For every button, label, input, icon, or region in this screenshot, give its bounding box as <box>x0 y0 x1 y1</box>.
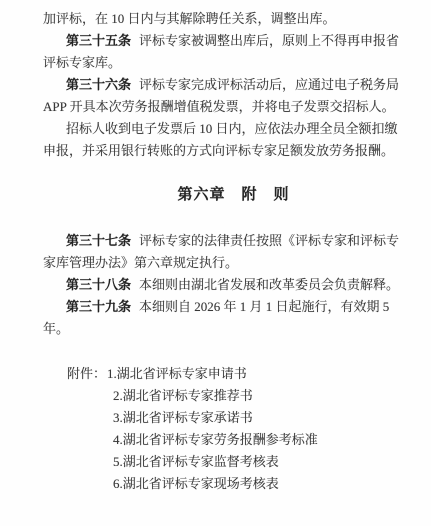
line-text: 本细则由湖北省发展和改革委员会负责解释。 <box>139 277 399 292</box>
line-text: 招标人收到电子发票后 10 日内，应依法办理全员全额扣缴 <box>66 121 398 136</box>
text-line: APP 开具本次劳务报酬增值税发票，并将电子发票交招标人。 <box>43 96 398 118</box>
line-text: 年。 <box>43 321 69 336</box>
article-number: 第三十六条 <box>66 77 131 92</box>
article-number: 第三十九条 <box>66 299 131 314</box>
text-line: 家库管理办法》第六章规定执行。 <box>43 252 398 274</box>
text-line: 招标人收到电子发票后 10 日内，应依法办理全员全额扣缴 <box>43 118 398 140</box>
attachment-item: 3.湖北省评标专家承诺书 <box>43 407 398 429</box>
attachment-item: 6.湖北省评标专家现场考核表 <box>43 473 398 495</box>
line-text: 评标专家库。 <box>43 55 121 70</box>
attachment-item-4: 4.湖北省评标专家劳务报酬参考标准 <box>113 432 318 447</box>
text-line: 年。 <box>43 318 398 340</box>
text-line: 加评标，在 10 日内与其解除聘任关系，调整出库。 <box>43 8 398 30</box>
article-line-37: 第三十七条评标专家的法律责任按照《评标专家和评标专 <box>43 230 398 252</box>
article-line-38: 第三十八条本细则由湖北省发展和改革委员会负责解释。 <box>43 274 398 296</box>
chapter-heading: 第六章 附 则 <box>56 184 411 206</box>
attachment-item: 4.湖北省评标专家劳务报酬参考标准 <box>43 429 398 451</box>
line-text: 家库管理办法》第六章规定执行。 <box>43 255 238 270</box>
attachment-item-1: 1.湖北省评标专家申请书 <box>107 363 247 385</box>
attachment-item: 5.湖北省评标专家监督考核表 <box>43 451 398 473</box>
attachments-label: 附件： <box>67 363 106 385</box>
article-number: 第三十五条 <box>66 33 131 48</box>
attachment-item: 附件： 1.湖北省评标专家申请书 <box>43 363 398 385</box>
document-page: 加评标，在 10 日内与其解除聘任关系，调整出库。 第三十五条评标专家被调整出库… <box>0 0 431 526</box>
article-line-35: 第三十五条评标专家被调整出库后，原则上不得再申报省 <box>43 30 398 52</box>
line-text: 评标专家完成评标活动后，应通过电子税务局 <box>139 77 399 92</box>
attachment-item: 2.湖北省评标专家推荐书 <box>43 385 398 407</box>
line-text: 评标专家的法律责任按照《评标专家和评标专 <box>139 233 399 248</box>
line-text: 本细则自 2026 年 1 月 1 日起施行，有效期 5 <box>139 299 389 314</box>
line-text: APP 开具本次劳务报酬增值税发票，并将电子发票交招标人。 <box>43 99 395 114</box>
article-number: 第三十七条 <box>66 233 131 248</box>
attachment-item-2: 2.湖北省评标专家推荐书 <box>113 388 253 403</box>
article-number: 第三十八条 <box>66 277 131 292</box>
line-text: 申报，并采用银行转账的方式向评标专家足额发放劳务报酬。 <box>43 143 394 158</box>
article-line-39: 第三十九条本细则自 2026 年 1 月 1 日起施行，有效期 5 <box>43 296 398 318</box>
text-line: 申报，并采用银行转账的方式向评标专家足额发放劳务报酬。 <box>43 140 398 162</box>
attachment-item-6: 6.湖北省评标专家现场考核表 <box>113 476 279 491</box>
attachment-item-5: 5.湖北省评标专家监督考核表 <box>113 454 279 469</box>
article-line-36: 第三十六条评标专家完成评标活动后，应通过电子税务局 <box>43 74 398 96</box>
line-text: 加评标，在 10 日内与其解除聘任关系，调整出库。 <box>43 11 336 26</box>
text-line: 评标专家库。 <box>43 52 398 74</box>
line-text: 评标专家被调整出库后，原则上不得再申报省 <box>139 33 399 48</box>
attachment-item-3: 3.湖北省评标专家承诺书 <box>113 410 253 425</box>
attachments-list: 附件： 1.湖北省评标专家申请书 2.湖北省评标专家推荐书 3.湖北省评标专家承… <box>43 363 398 495</box>
